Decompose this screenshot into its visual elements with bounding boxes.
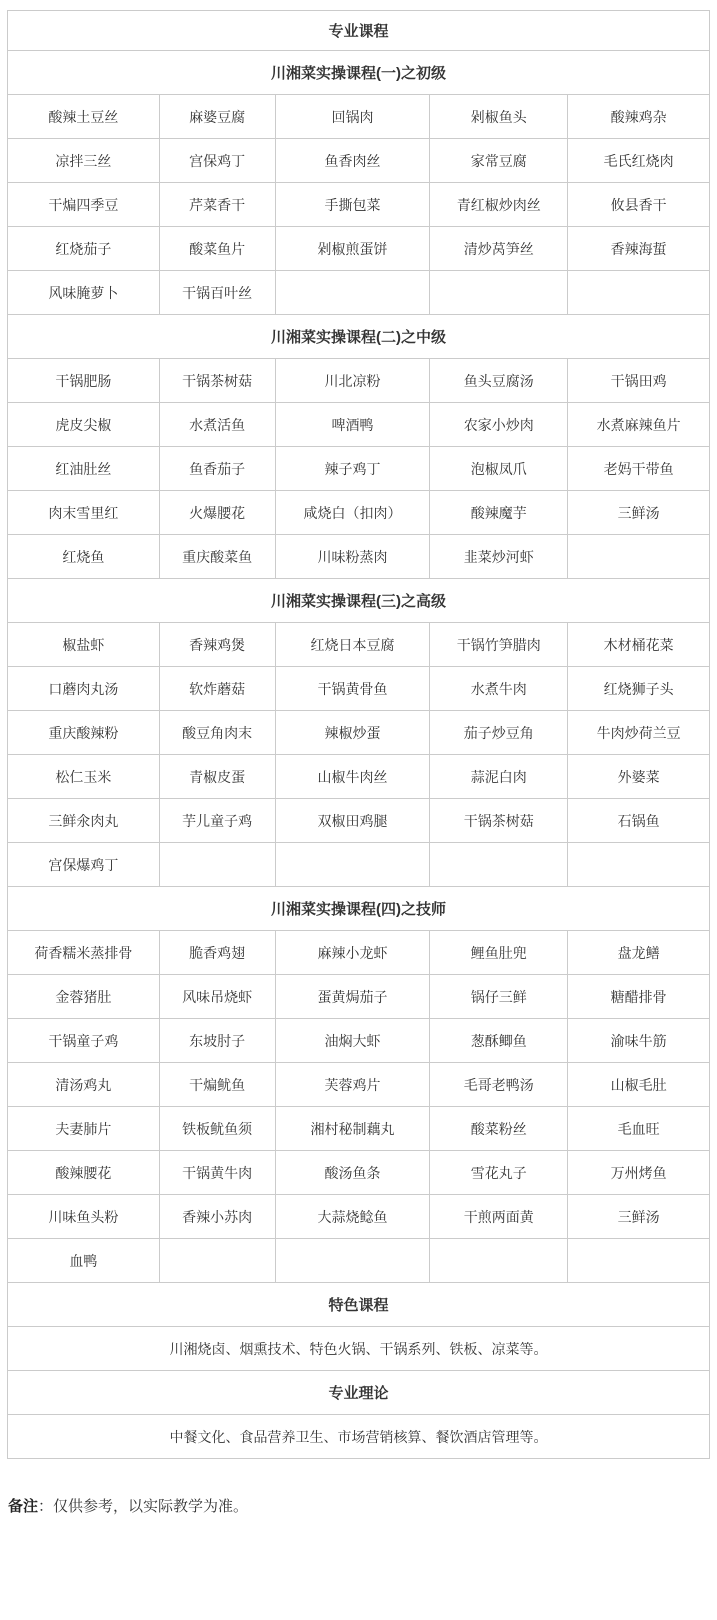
table-row: 红烧茄子酸菜鱼片剁椒煎蛋饼清炒莴笋丝香辣海蜇 (8, 227, 710, 271)
course-cell: 宫保鸡丁 (159, 139, 275, 183)
course-cell: 糖醋排骨 (568, 975, 710, 1019)
course-cell: 葱酥鲫鱼 (430, 1019, 568, 1063)
table-row: 荷香糯米蒸排骨脆香鸡翅麻辣小龙虾鲤鱼肚兜盘龙鳝 (8, 931, 710, 975)
course-cell: 干锅田鸡 (568, 359, 710, 403)
course-cell: 双椒田鸡腿 (275, 799, 430, 843)
theory-content-row: 中餐文化、食品营养卫生、市场营销核算、餐饮酒店管理等。 (8, 1415, 710, 1459)
course-cell: 红烧茄子 (8, 227, 160, 271)
course-cell: 风味吊烧虾 (159, 975, 275, 1019)
course-cell: 石锅鱼 (568, 799, 710, 843)
table-title-row: 专业课程 (8, 11, 710, 51)
course-cell: 干锅竹笋腊肉 (430, 623, 568, 667)
table-row: 干煸四季豆芹菜香干手撕包菜青红椒炒肉丝攸县香干 (8, 183, 710, 227)
theory-header: 专业理论 (8, 1371, 710, 1415)
footnote-text: ：仅供参考，以实际教学为准。 (38, 1498, 248, 1515)
course-cell: 软炸蘑菇 (159, 667, 275, 711)
section-header: 川湘菜实操课程(三)之高级 (8, 579, 710, 623)
course-cell (568, 535, 710, 579)
course-cell: 锅仔三鲜 (430, 975, 568, 1019)
course-cell: 东坡肘子 (159, 1019, 275, 1063)
course-cell: 毛哥老鸭汤 (430, 1063, 568, 1107)
course-cell: 青红椒炒肉丝 (430, 183, 568, 227)
sections-tbody: 川湘菜实操课程(一)之初级酸辣土豆丝麻婆豆腐回锅肉剁椒鱼头酸辣鸡杂凉拌三丝宫保鸡… (8, 51, 710, 1283)
extras-tbody: 特色课程 川湘烧卤、烟熏技术、特色火锅、干锅系列、铁板、凉菜等。 专业理论 中餐… (8, 1283, 710, 1459)
course-cell: 干锅茶树菇 (430, 799, 568, 843)
course-cell: 干锅黄骨鱼 (275, 667, 430, 711)
course-cell: 芙蓉鸡片 (275, 1063, 430, 1107)
course-cell: 酸汤鱼条 (275, 1151, 430, 1195)
section-header: 川湘菜实操课程(一)之初级 (8, 51, 710, 95)
section-header: 川湘菜实操课程(二)之中级 (8, 315, 710, 359)
course-cell (159, 843, 275, 887)
table-row: 干锅童子鸡东坡肘子油焖大虾葱酥鲫鱼渝味牛筋 (8, 1019, 710, 1063)
course-cell: 红烧日本豆腐 (275, 623, 430, 667)
table-row: 红油肚丝鱼香茄子辣子鸡丁泡椒凤爪老妈干带鱼 (8, 447, 710, 491)
table-row: 川味鱼头粉香辣小苏肉大蒜烧鲶鱼干煎两面黄三鲜汤 (8, 1195, 710, 1239)
course-cell: 手撕包菜 (275, 183, 430, 227)
table-row: 椒盐虾香辣鸡煲红烧日本豆腐干锅竹笋腊肉木材桶花菜 (8, 623, 710, 667)
course-cell: 川北凉粉 (275, 359, 430, 403)
course-cell: 红烧狮子头 (568, 667, 710, 711)
course-cell: 剁椒煎蛋饼 (275, 227, 430, 271)
course-cell: 湘村秘制藕丸 (275, 1107, 430, 1151)
course-cell: 芹菜香干 (159, 183, 275, 227)
course-cell: 水煮牛肉 (430, 667, 568, 711)
course-cell: 渝味牛筋 (568, 1019, 710, 1063)
table-row: 凉拌三丝宫保鸡丁鱼香肉丝家常豆腐毛氏红烧肉 (8, 139, 710, 183)
table-row: 虎皮尖椒水煮活鱼啤酒鸭农家小炒肉水煮麻辣鱼片 (8, 403, 710, 447)
course-cell: 青椒皮蛋 (159, 755, 275, 799)
course-cell: 风味腌萝卜 (8, 271, 160, 315)
table-row: 红烧鱼重庆酸菜鱼川味粉蒸肉韭菜炒河虾 (8, 535, 710, 579)
table-row: 口蘑肉丸汤软炸蘑菇干锅黄骨鱼水煮牛肉红烧狮子头 (8, 667, 710, 711)
course-cell: 啤酒鸭 (275, 403, 430, 447)
table-row: 酸辣土豆丝麻婆豆腐回锅肉剁椒鱼头酸辣鸡杂 (8, 95, 710, 139)
section-header: 川湘菜实操课程(四)之技师 (8, 887, 710, 931)
course-cell: 酸豆角肉末 (159, 711, 275, 755)
course-cell: 雪花丸子 (430, 1151, 568, 1195)
course-cell: 盘龙鳝 (568, 931, 710, 975)
course-cell: 干锅童子鸡 (8, 1019, 160, 1063)
course-cell: 虎皮尖椒 (8, 403, 160, 447)
course-cell: 酸辣土豆丝 (8, 95, 160, 139)
table-title: 专业课程 (8, 11, 710, 51)
course-cell: 金蓉猪肚 (8, 975, 160, 1019)
course-cell: 酸菜鱼片 (159, 227, 275, 271)
course-cell: 红烧鱼 (8, 535, 160, 579)
course-cell: 家常豆腐 (430, 139, 568, 183)
course-cell: 水煮活鱼 (159, 403, 275, 447)
course-cell: 农家小炒肉 (430, 403, 568, 447)
course-cell: 回锅肉 (275, 95, 430, 139)
course-cell: 干锅黄牛肉 (159, 1151, 275, 1195)
course-cell (159, 1239, 275, 1283)
course-cell: 香辣海蜇 (568, 227, 710, 271)
course-cell: 木材桶花菜 (568, 623, 710, 667)
course-cell: 山椒牛肉丝 (275, 755, 430, 799)
theory-content: 中餐文化、食品营养卫生、市场营销核算、餐饮酒店管理等。 (8, 1415, 710, 1459)
course-cell: 酸菜粉丝 (430, 1107, 568, 1151)
course-cell: 香辣鸡煲 (159, 623, 275, 667)
course-cell: 剁椒鱼头 (430, 95, 568, 139)
section-header-row: 川湘菜实操课程(三)之高级 (8, 579, 710, 623)
course-cell (430, 271, 568, 315)
course-cell: 毛血旺 (568, 1107, 710, 1151)
course-cell: 香辣小苏肉 (159, 1195, 275, 1239)
course-cell: 外婆菜 (568, 755, 710, 799)
course-cell: 鲤鱼肚兜 (430, 931, 568, 975)
course-cell: 大蒜烧鲶鱼 (275, 1195, 430, 1239)
course-cell: 口蘑肉丸汤 (8, 667, 160, 711)
special-content-row: 川湘烧卤、烟熏技术、特色火锅、干锅系列、铁板、凉菜等。 (8, 1327, 710, 1371)
course-cell: 水煮麻辣鱼片 (568, 403, 710, 447)
course-cell: 韭菜炒河虾 (430, 535, 568, 579)
course-cell: 茄子炒豆角 (430, 711, 568, 755)
course-cell: 麻辣小龙虾 (275, 931, 430, 975)
course-cell: 松仁玉米 (8, 755, 160, 799)
course-cell (568, 271, 710, 315)
course-cell: 三鲜氽肉丸 (8, 799, 160, 843)
course-cell: 血鸭 (8, 1239, 160, 1283)
table-row: 夫妻肺片铁板鱿鱼须湘村秘制藕丸酸菜粉丝毛血旺 (8, 1107, 710, 1151)
special-header-row: 特色课程 (8, 1283, 710, 1327)
footnote-label: 备注 (8, 1498, 38, 1515)
table-row: 酸辣腰花干锅黄牛肉酸汤鱼条雪花丸子万州烤鱼 (8, 1151, 710, 1195)
special-courses-header: 特色课程 (8, 1283, 710, 1327)
course-cell: 重庆酸辣粉 (8, 711, 160, 755)
course-cell (275, 271, 430, 315)
table-row: 三鲜氽肉丸芋儿童子鸡双椒田鸡腿干锅茶树菇石锅鱼 (8, 799, 710, 843)
course-cell: 干煸四季豆 (8, 183, 160, 227)
course-cell: 油焖大虾 (275, 1019, 430, 1063)
course-cell: 老妈干带鱼 (568, 447, 710, 491)
course-cell: 清汤鸡丸 (8, 1063, 160, 1107)
course-cell: 三鲜汤 (568, 1195, 710, 1239)
course-cell: 咸烧白（扣肉） (275, 491, 430, 535)
section-header-row: 川湘菜实操课程(四)之技师 (8, 887, 710, 931)
course-cell: 川味粉蒸肉 (275, 535, 430, 579)
table-row: 血鸭 (8, 1239, 710, 1283)
course-cell: 干煎两面黄 (430, 1195, 568, 1239)
table-row: 干锅肥肠干锅茶树菇川北凉粉鱼头豆腐汤干锅田鸡 (8, 359, 710, 403)
section-header-row: 川湘菜实操课程(一)之初级 (8, 51, 710, 95)
course-cell: 铁板鱿鱼须 (159, 1107, 275, 1151)
table-row: 重庆酸辣粉酸豆角肉末辣椒炒蛋茄子炒豆角牛肉炒荷兰豆 (8, 711, 710, 755)
course-cell: 荷香糯米蒸排骨 (8, 931, 160, 975)
course-cell: 鱼头豆腐汤 (430, 359, 568, 403)
course-cell (275, 843, 430, 887)
course-cell: 川味鱼头粉 (8, 1195, 160, 1239)
course-cell: 蛋黄焗茄子 (275, 975, 430, 1019)
title-tbody: 专业课程 (8, 11, 710, 51)
course-cell: 干锅百叶丝 (159, 271, 275, 315)
course-table-container: 专业课程 川湘菜实操课程(一)之初级酸辣土豆丝麻婆豆腐回锅肉剁椒鱼头酸辣鸡杂凉拌… (0, 0, 717, 1459)
course-cell: 辣子鸡丁 (275, 447, 430, 491)
footnote: 备注：仅供参考，以实际教学为准。 (8, 1495, 717, 1516)
course-cell: 凉拌三丝 (8, 139, 160, 183)
table-row: 松仁玉米青椒皮蛋山椒牛肉丝蒜泥白肉外婆菜 (8, 755, 710, 799)
table-row: 金蓉猪肚风味吊烧虾蛋黄焗茄子锅仔三鲜糖醋排骨 (8, 975, 710, 1019)
table-row: 风味腌萝卜干锅百叶丝 (8, 271, 710, 315)
course-cell (568, 843, 710, 887)
course-cell: 鱼香肉丝 (275, 139, 430, 183)
course-cell: 鱼香茄子 (159, 447, 275, 491)
course-cell: 肉末雪里红 (8, 491, 160, 535)
course-cell: 清炒莴笋丝 (430, 227, 568, 271)
course-cell: 三鲜汤 (568, 491, 710, 535)
course-cell: 干锅茶树菇 (159, 359, 275, 403)
course-cell: 万州烤鱼 (568, 1151, 710, 1195)
course-cell: 麻婆豆腐 (159, 95, 275, 139)
course-cell: 泡椒凤爪 (430, 447, 568, 491)
table-row: 宫保爆鸡丁 (8, 843, 710, 887)
course-cell: 蒜泥白肉 (430, 755, 568, 799)
course-cell: 酸辣腰花 (8, 1151, 160, 1195)
course-cell: 酸辣鸡杂 (568, 95, 710, 139)
table-row: 肉末雪里红火爆腰花咸烧白（扣肉）酸辣魔芋三鲜汤 (8, 491, 710, 535)
table-row: 清汤鸡丸干煸鱿鱼芙蓉鸡片毛哥老鸭汤山椒毛肚 (8, 1063, 710, 1107)
course-cell: 火爆腰花 (159, 491, 275, 535)
course-cell (568, 1239, 710, 1283)
course-cell: 山椒毛肚 (568, 1063, 710, 1107)
course-cell: 酸辣魔芋 (430, 491, 568, 535)
course-cell (430, 1239, 568, 1283)
course-cell: 夫妻肺片 (8, 1107, 160, 1151)
course-cell: 重庆酸菜鱼 (159, 535, 275, 579)
course-cell (430, 843, 568, 887)
course-cell: 牛肉炒荷兰豆 (568, 711, 710, 755)
special-courses-content: 川湘烧卤、烟熏技术、特色火锅、干锅系列、铁板、凉菜等。 (8, 1327, 710, 1371)
section-header-row: 川湘菜实操课程(二)之中级 (8, 315, 710, 359)
course-cell (275, 1239, 430, 1283)
course-cell: 芋儿童子鸡 (159, 799, 275, 843)
course-cell: 干煸鱿鱼 (159, 1063, 275, 1107)
course-cell: 干锅肥肠 (8, 359, 160, 403)
course-cell: 毛氏红烧肉 (568, 139, 710, 183)
course-cell: 宫保爆鸡丁 (8, 843, 160, 887)
course-cell: 红油肚丝 (8, 447, 160, 491)
course-cell: 辣椒炒蛋 (275, 711, 430, 755)
course-cell: 脆香鸡翅 (159, 931, 275, 975)
course-cell: 椒盐虾 (8, 623, 160, 667)
course-cell: 攸县香干 (568, 183, 710, 227)
theory-header-row: 专业理论 (8, 1371, 710, 1415)
course-table: 专业课程 川湘菜实操课程(一)之初级酸辣土豆丝麻婆豆腐回锅肉剁椒鱼头酸辣鸡杂凉拌… (7, 10, 710, 1459)
